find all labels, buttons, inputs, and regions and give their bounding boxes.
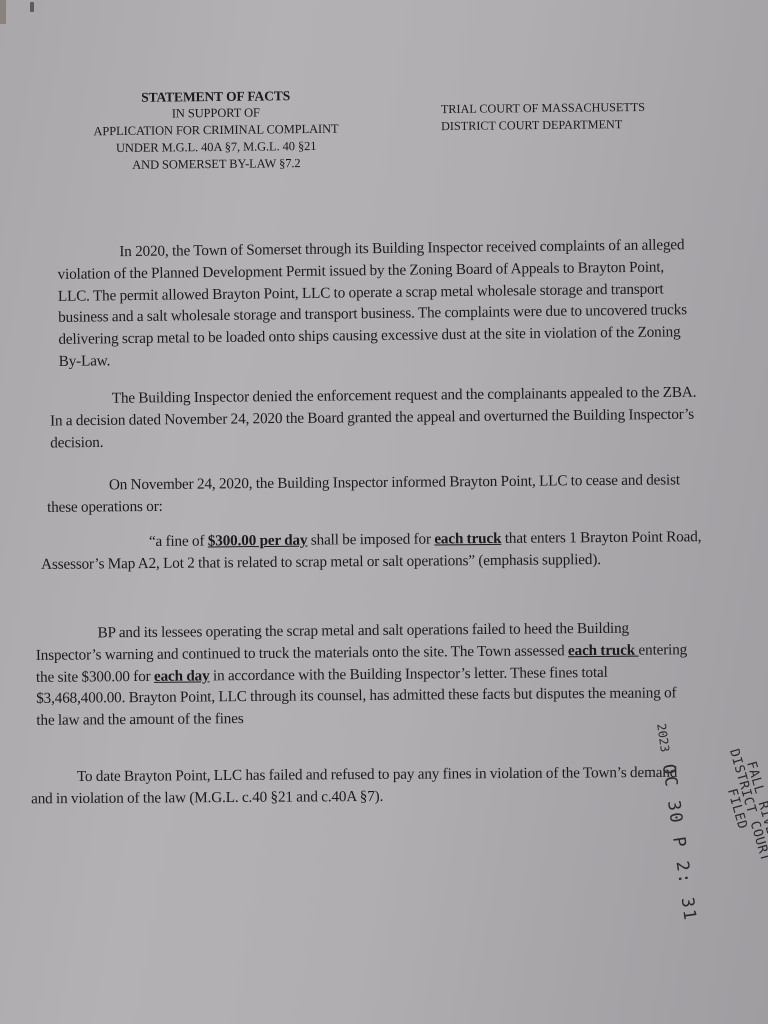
paragraph-text: In 2020, the Town of Somerset through it… — [57, 234, 699, 373]
emphasis-fine-per-day: $300.00 per day — [208, 532, 308, 550]
emphasis-each-truck: each truck — [434, 530, 501, 548]
paragraph-zba-appeal: The Building Inspector denied the enforc… — [50, 382, 711, 454]
paragraph-text: BP and its lessees operating the scrap m… — [36, 617, 697, 732]
paragraph-cease-desist: On November 24, 2020, the Building Inspe… — [47, 469, 707, 518]
caption-line: AND SOMERSET BY-LAW §7.2 — [66, 154, 366, 174]
emphasis-each-truck: each truck — [568, 641, 639, 659]
paragraph-text: The Building Inspector denied the enforc… — [50, 382, 711, 454]
filing-time-stamp: 2023 OC 30 P 2: 31 — [652, 722, 700, 923]
emphasis-each-day: each day — [154, 667, 210, 684]
caption-left: STATEMENT OF FACTS IN SUPPORT OF APPLICA… — [66, 86, 367, 174]
paragraph-text: On November 24, 2020, the Building Inspe… — [47, 469, 707, 518]
paragraph-refusal: To date Brayton Point, LLC has failed an… — [31, 762, 701, 810]
bleed-through-text — [50, 825, 690, 854]
court-filed-stamp: FALL RIVER DISTRICT COURT FILED — [715, 744, 768, 867]
quote-text: “a fine of — [149, 532, 208, 550]
court-caption: TRIAL COURT OF MASSACHUSETTS DISTRICT CO… — [441, 99, 645, 135]
quote-text: shall be imposed for — [307, 530, 434, 548]
staple-mark — [30, 2, 34, 12]
paragraph-fines-assessed: BP and its lessees operating the scrap m… — [36, 617, 697, 732]
stamp-year: 2023 — [654, 723, 672, 754]
body-text: BP and its lessees operating the scrap m… — [36, 620, 629, 664]
paragraph-text: To date Brayton Point, LLC has failed an… — [31, 762, 701, 810]
paragraph-text: “a fine of $300.00 per day shall be impo… — [41, 526, 711, 575]
page-corner-shadow — [0, 0, 6, 24]
document-page: STATEMENT OF FACTS IN SUPPORT OF APPLICA… — [0, 0, 768, 1024]
caption-line: APPLICATION FOR CRIMINAL COMPLAINT — [66, 120, 366, 140]
paragraph-complaints: In 2020, the Town of Somerset through it… — [57, 234, 699, 373]
court-department: DISTRICT COURT DEPARTMENT — [441, 116, 645, 135]
court-name: TRIAL COURT OF MASSACHUSETTS — [441, 99, 645, 118]
paragraph-fine-quote: “a fine of $300.00 per day shall be impo… — [41, 526, 711, 575]
